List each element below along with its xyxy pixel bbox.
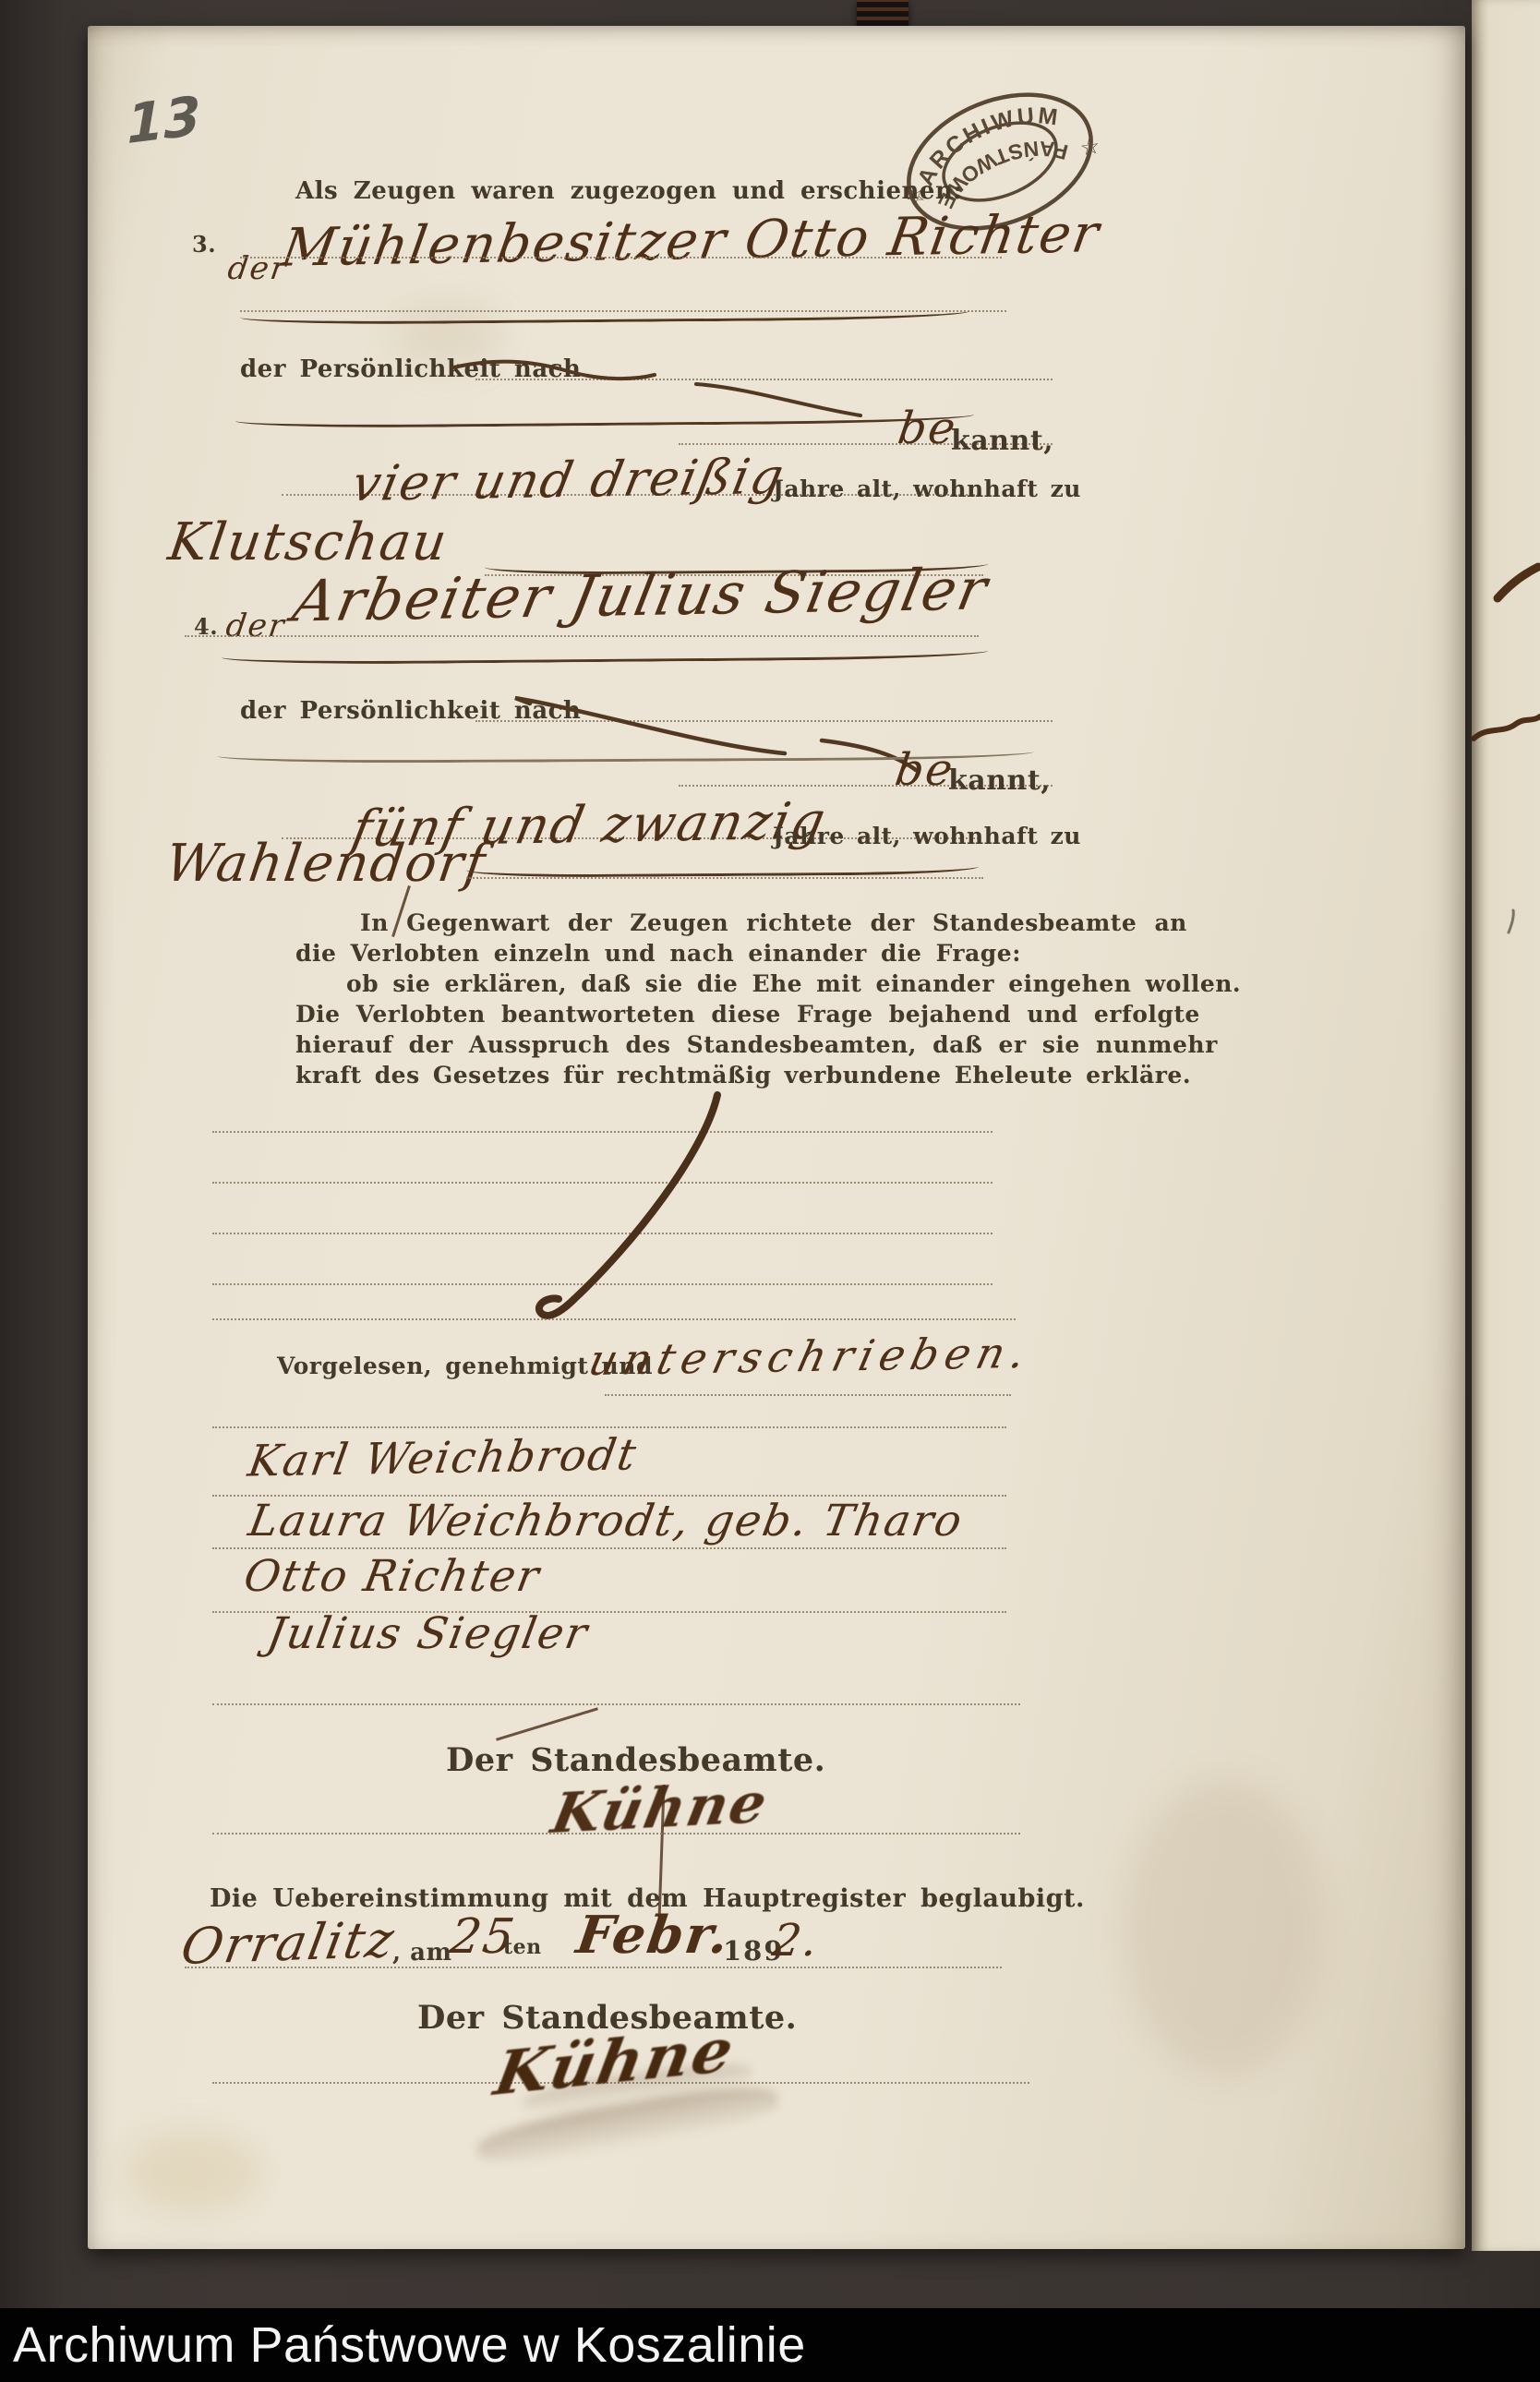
next-page-ink-marks-icon [1472, 0, 1540, 2251]
witness4-residence: Wahlendorf [162, 834, 489, 894]
witness4-entry-article: der [223, 608, 288, 644]
stray-pen-stroke [496, 1707, 598, 1740]
dotted-rule [212, 1318, 1016, 1320]
dateline-month: Febr. [572, 1905, 734, 1966]
declaration-line-5: hierauf der Ausspruch des Standesbeamten… [295, 1029, 1006, 1060]
page-number-pencil: 13 [126, 84, 201, 156]
witness3-age-label: Jahre alt, wohnhaft zu [773, 475, 1081, 502]
dateline-place: Orralitz [177, 1910, 401, 1976]
declaration-paragraph: In Gegenwart der Zeugen richtete der Sta… [295, 908, 1006, 1090]
witness4-entry: Arbeiter Julius Siegler [288, 555, 994, 634]
signature-otto: Otto Richter [240, 1551, 544, 1602]
dotted-rule [466, 877, 983, 879]
ink-line [240, 304, 969, 326]
signature-julius: Julius Siegler [263, 1608, 593, 1659]
witness3-age: vier und dreißig [347, 449, 789, 512]
paper-stain [125, 2131, 263, 2214]
dotted-rule [212, 1833, 1020, 1835]
dateline-am: , am [392, 1939, 451, 1967]
witness3-bekannt-print: kannt, [951, 425, 1053, 457]
next-page-edge [1472, 0, 1540, 2251]
ink-line [235, 407, 974, 429]
dotted-rule [605, 1394, 1011, 1396]
archive-caption-bar: Archiwum Państwowe w Koszalinie [0, 2308, 1540, 2382]
signature-laura: Laura Weichbrodt, geb. Tharo [245, 1496, 968, 1546]
ink-swoosh-icon [508, 692, 951, 776]
dateline-ten: ten [503, 1935, 542, 1959]
witness4-age-label: Jahre alt, wohnhaft zu [773, 823, 1081, 849]
declaration-line-2: die Verlobten einzeln und nach einander … [295, 938, 1006, 968]
witness4-bekannt-print: kannt, [948, 764, 1051, 797]
cancellation-slash-icon [485, 1078, 762, 1346]
closing-handwritten: unterschrieben. [584, 1328, 1037, 1385]
archive-caption: Archiwum Państwowe w Koszalinie [0, 2316, 806, 2374]
witness3-residence: Klutschau [164, 512, 451, 572]
ink-line [222, 643, 988, 665]
document-page: 13 ARCHIWUM PAŃSTWOWE ☆ ☆ Als Zeugen war… [88, 26, 1465, 2249]
witness3-entry: Mühlenbesitzer Otto Richter [277, 203, 1104, 278]
stamp-star-right-icon: ☆ [1078, 133, 1101, 162]
declaration-line-3: ob sie erklären, daß sie die Ehe mit ein… [295, 968, 1006, 999]
archive-scan: 13 ARCHIWUM PAŃSTWOWE ☆ ☆ Als Zeugen war… [0, 0, 1540, 2382]
dotted-rule [240, 257, 1002, 259]
signature-karl: Karl Weichbrodt [245, 1429, 641, 1486]
paper-stain [1122, 1780, 1325, 2075]
dotted-rule [212, 1703, 1020, 1705]
witness3-number: 3. [192, 231, 216, 258]
dotted-rule [185, 635, 979, 637]
dateline-year-hand: 2. [769, 1915, 823, 1967]
witnesses-header: Als Zeugen waren zugezogen und erschiene… [295, 177, 962, 205]
declaration-line-4: Die Verlobten beantworteten diese Frage … [295, 999, 1006, 1029]
ink-squiggle-icon [448, 347, 660, 384]
dotted-rule [212, 1547, 1006, 1549]
dotted-rule [212, 1426, 1006, 1428]
ink-line [466, 859, 979, 878]
